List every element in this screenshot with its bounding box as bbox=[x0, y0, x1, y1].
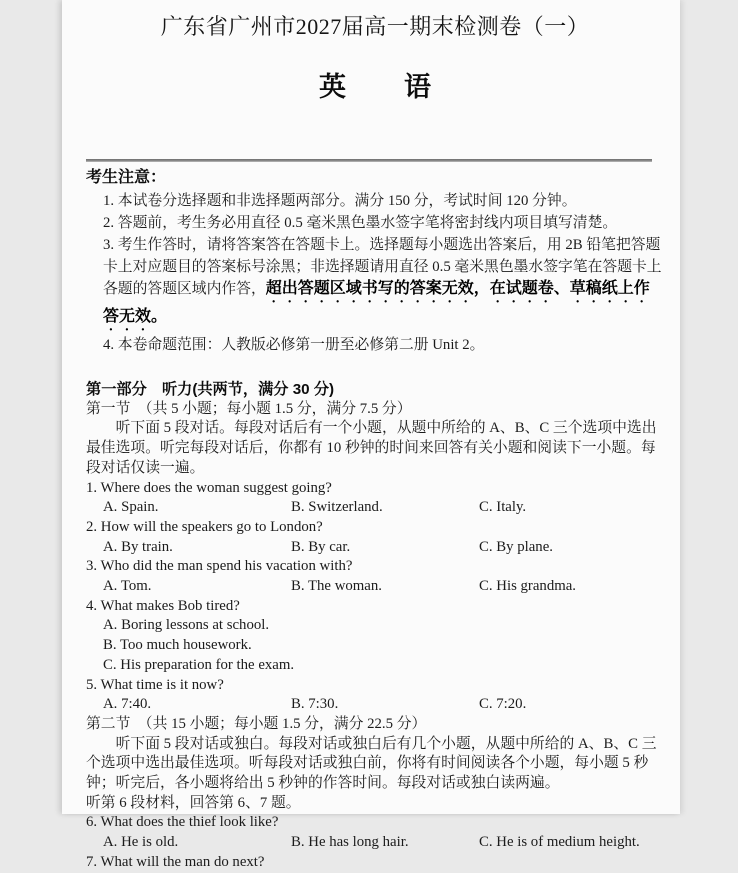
option-c: C. His preparation for the exam. bbox=[86, 656, 664, 676]
question-1-options: A. Spain. B. Switzerland. C. Italy. bbox=[86, 498, 664, 518]
option-c: C. By plane. bbox=[479, 538, 664, 558]
question-1: 1. Where does the woman suggest going? A… bbox=[86, 479, 664, 518]
exam-paper-page: 广东省广州市2027届高一期末检测卷（一） 英语 考生注意： 1. 本试卷分选择… bbox=[62, 0, 680, 814]
notice-item-3: 3. 考生作答时，请将答案答在答题卡上。选择题每小题选出答案后，用 2B 铅笔把… bbox=[86, 234, 664, 334]
question-2-text: 2. How will the speakers go to London? bbox=[86, 518, 664, 538]
question-3-text: 3. Who did the man spend his vacation wi… bbox=[86, 557, 664, 577]
option-a: A. 7:40. bbox=[103, 695, 291, 715]
option-b: B. By car. bbox=[291, 538, 479, 558]
notice-list: 1. 本试卷分选择题和非选择题两部分。满分 150 分，考试时间 120 分钟。… bbox=[86, 190, 664, 356]
question-2-options: A. By train. B. By car. C. By plane. bbox=[86, 538, 664, 558]
option-c: C. 7:20. bbox=[479, 695, 664, 715]
section2-material-note: 听第 6 段材料，回答第 6、7 题。 bbox=[86, 794, 664, 814]
subject-title: 英语 bbox=[86, 72, 664, 102]
question-5-options: A. 7:40. B. 7:30. C. 7:20. bbox=[86, 695, 664, 715]
question-3: 3. Who did the man spend his vacation wi… bbox=[86, 557, 664, 596]
subject-char-2: 语 bbox=[404, 72, 431, 102]
question-5-text: 5. What time is it now? bbox=[86, 676, 664, 696]
part1-heading: 第一部分 听力(共两节，满分 30 分) bbox=[86, 380, 664, 400]
notice-heading: 考生注意： bbox=[86, 168, 664, 188]
subject-char-1: 英 bbox=[319, 72, 346, 102]
question-3-options: A. Tom. B. The woman. C. His grandma. bbox=[86, 577, 664, 597]
option-c: C. Italy. bbox=[479, 498, 664, 518]
section2-heading: 第二节 （共 15 小题；每小题 1.5 分，满分 22.5 分） bbox=[86, 715, 664, 735]
question-1-text: 1. Where does the woman suggest going? bbox=[86, 479, 664, 499]
notice-item-2: 2. 答题前，考生务必用直径 0.5 毫米黑色墨水签字笔将密封线内项目填写清楚。 bbox=[86, 212, 664, 234]
notice-item-1: 1. 本试卷分选择题和非选择题两部分。满分 150 分，考试时间 120 分钟。 bbox=[86, 190, 664, 212]
option-a: A. Boring lessons at school. bbox=[86, 616, 664, 636]
option-c: C. His grandma. bbox=[479, 577, 664, 597]
section2-instructions: 听下面 5 段对话或独白。每段对话或独白后有几个小题，从题中所给的 A、B、C … bbox=[86, 735, 664, 794]
question-5: 5. What time is it now? A. 7:40. B. 7:30… bbox=[86, 676, 664, 715]
section1-heading: 第一节 （共 5 小题；每小题 1.5 分，满分 7.5 分） bbox=[86, 400, 664, 420]
question-4-options: A. Boring lessons at school. B. Too much… bbox=[86, 616, 664, 675]
notice-item-4: 4. 本卷命题范围：人教版必修第一册至必修第二册 Unit 2。 bbox=[86, 334, 664, 356]
option-a: A. Spain. bbox=[103, 498, 291, 518]
option-a: A. Tom. bbox=[103, 577, 291, 597]
question-2: 2. How will the speakers go to London? A… bbox=[86, 518, 664, 557]
option-b: B. The woman. bbox=[291, 577, 479, 597]
part1-body: 第一部分 听力(共两节，满分 30 分) 第一节 （共 5 小题；每小题 1.5… bbox=[86, 380, 664, 814]
question-4: 4. What makes Bob tired? A. Boring lesso… bbox=[86, 597, 664, 676]
question-4-text: 4. What makes Bob tired? bbox=[86, 597, 664, 617]
section1-instructions: 听下面 5 段对话。每段对话后有一个小题，从题中所给的 A、B、C 三个选项中选… bbox=[86, 419, 664, 478]
option-a: A. By train. bbox=[103, 538, 291, 558]
horizontal-rule bbox=[86, 159, 652, 162]
option-b: B. Too much housework. bbox=[86, 636, 664, 656]
doc-title: 广东省广州市2027届高一期末检测卷（一） bbox=[86, 12, 664, 42]
option-b: B. Switzerland. bbox=[291, 498, 479, 518]
option-b: B. 7:30. bbox=[291, 695, 479, 715]
